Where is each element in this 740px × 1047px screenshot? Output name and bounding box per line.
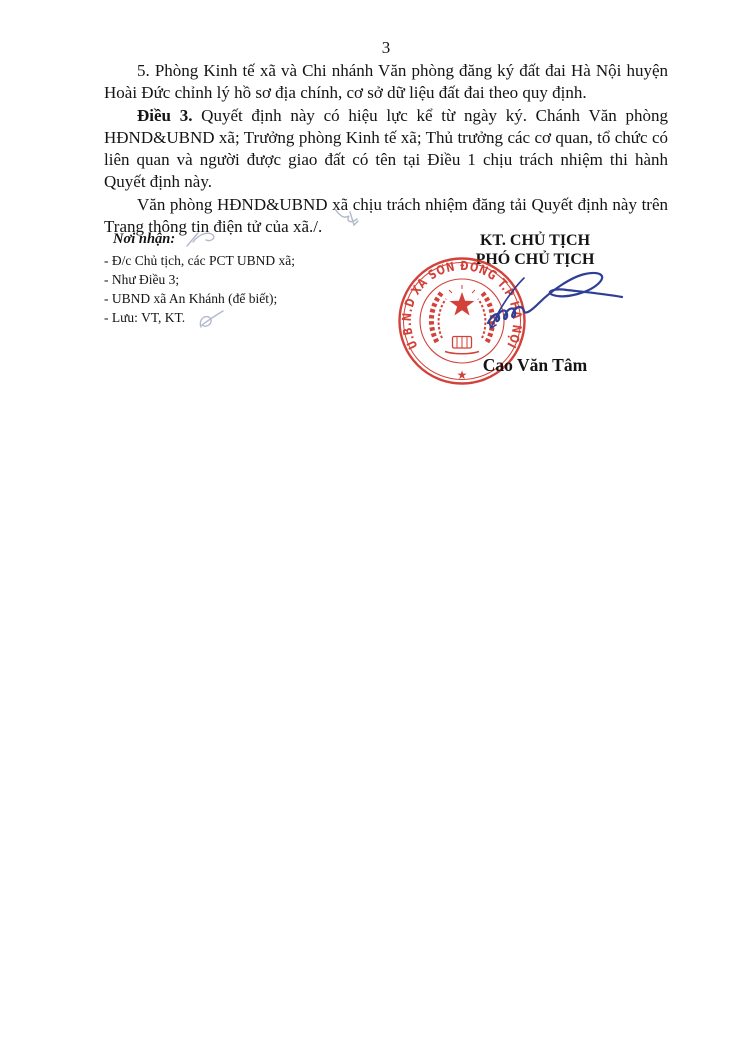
document-body: 5. Phòng Kinh tế xã và Chi nhánh Văn phò…: [104, 60, 668, 238]
signer-name: Cao Văn Tâm: [400, 355, 670, 376]
document-page: 3 5. Phòng Kinh tế xã và Chi nhánh Văn p…: [0, 0, 740, 1047]
handwritten-signature: [428, 262, 638, 344]
page-number: 3: [104, 38, 668, 58]
recipients-label: Nơi nhận:: [113, 231, 175, 248]
recipients-block: Nơi nhận: - Đ/c Chủ tịch, các PCT UBND x…: [104, 230, 414, 327]
recipient-item: - UBND xã An Khánh (để biết);: [104, 289, 414, 308]
signature-title-line1: KT. CHỦ TỊCH: [400, 231, 670, 250]
recipient-item: - Như Điều 3;: [104, 270, 414, 289]
handwritten-initials-icon: [184, 229, 222, 251]
recipient-item: - Đ/c Chủ tịch, các PCT UBND xã;: [104, 251, 414, 270]
handwritten-initials-icon: [331, 203, 365, 231]
recipient-item: - Lưu: VT, KT.: [104, 308, 414, 327]
paragraph-lead-bold: Điều 3.: [137, 106, 192, 125]
recipients-list: - Đ/c Chủ tịch, các PCT UBND xã; - Như Đ…: [104, 251, 414, 327]
paragraph-clause-5: 5. Phòng Kinh tế xã và Chi nhánh Văn phò…: [104, 60, 668, 104]
handwritten-initials-icon: [196, 308, 226, 334]
paragraph-article-3: Điều 3. Quyết định này có hiệu lực kể từ…: [104, 105, 668, 193]
paragraph-text: 5. Phòng Kinh tế xã và Chi nhánh Văn phò…: [104, 61, 668, 102]
